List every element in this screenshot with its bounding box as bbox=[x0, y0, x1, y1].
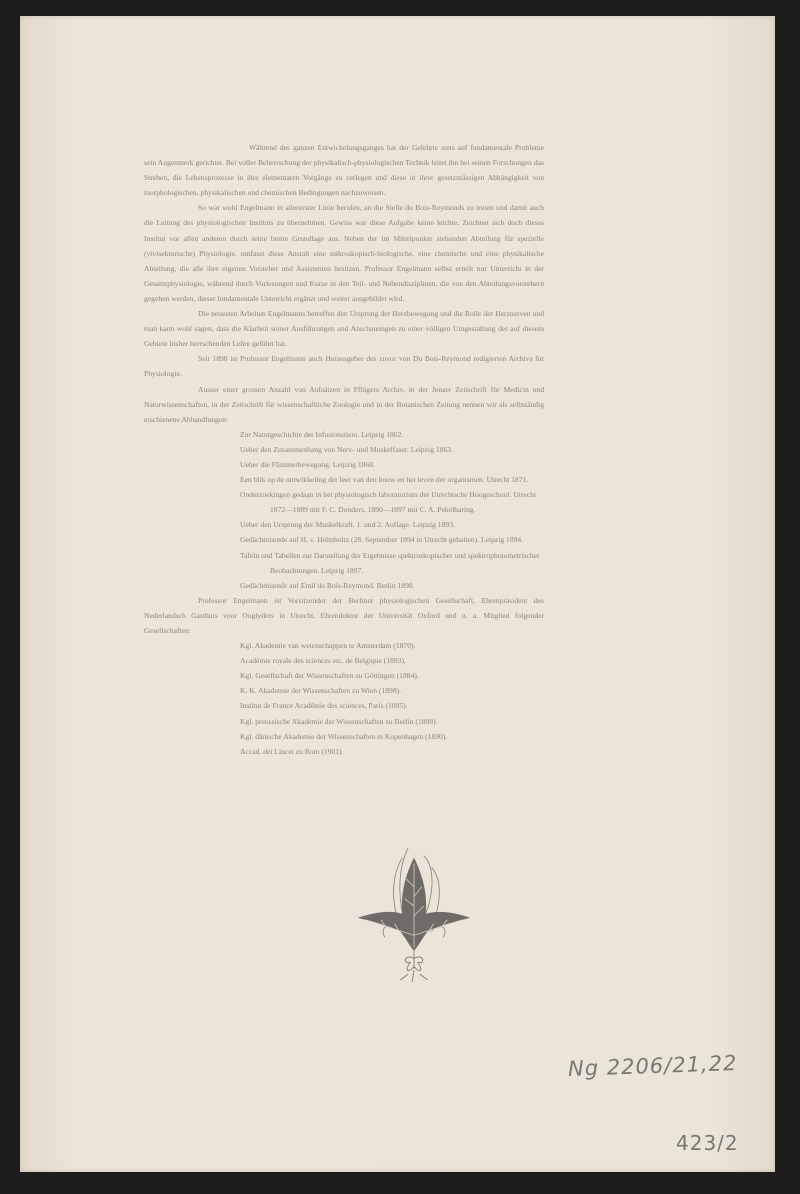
publications-list: Zur Naturgeschichte der Infusionstiere. … bbox=[144, 427, 544, 593]
paragraph-recent-work: Die neuesten Arbeiten Engelmanns betreff… bbox=[144, 306, 544, 351]
society-item: Kgl. dänische Akademie der Wissenschafte… bbox=[240, 729, 544, 744]
publication-item: Gedächtnisrede auf H. v. Helmholtz (28. … bbox=[240, 532, 544, 547]
publication-item: Gedächtnisrede auf Emil du Bois-Reymond.… bbox=[240, 578, 544, 593]
publication-item: Tafeln und Tabellen zur Darstellung der … bbox=[240, 548, 544, 578]
society-item: Kgl. Gesellschaft der Wissenschaften zu … bbox=[240, 668, 544, 683]
publication-item: Ueber den Ursprung der Muskelkraft. 1. u… bbox=[240, 517, 544, 532]
society-item: Accad. dei Lincei zu Rom (1901). bbox=[240, 744, 544, 759]
society-item: Kgl. preussische Akademie der Wissenscha… bbox=[240, 714, 544, 729]
society-item: Académie royale des sciences etc. de Bel… bbox=[240, 653, 544, 668]
publication-item: Zur Naturgeschichte der Infusionstiere. … bbox=[240, 427, 544, 442]
catalog-number-annotation: 423/2 bbox=[676, 1131, 739, 1155]
ivy-leaf-vignette-icon bbox=[346, 838, 482, 984]
publication-item: Een blik op de ontwikkeling der leer van… bbox=[240, 472, 544, 487]
paragraph-development: Während des ganzen Entwickelungsganges h… bbox=[144, 140, 544, 200]
publication-item: Onderzoekingen gedaan in het physiologis… bbox=[240, 487, 544, 517]
publication-item: Ueber die Flimmerbewegung. Leipzig 1868. bbox=[240, 457, 544, 472]
society-item: Kgl. Akademie van wetenschappen te Amste… bbox=[240, 638, 544, 653]
society-item: K. K. Akademie der Wissenschaften zu Wie… bbox=[240, 683, 544, 698]
paragraph-archive: Seit 1898 ist Professor Engelmann auch H… bbox=[144, 351, 544, 381]
paragraph-memberships: Professor Engelmann ist Vorsitzender der… bbox=[144, 593, 544, 638]
document-body: Während des ganzen Entwickelungsganges h… bbox=[144, 140, 544, 759]
publication-item: Ueber den Zusammenhang von Nerv- und Mus… bbox=[240, 442, 544, 457]
paragraph-publications-intro: Ausser einer grossen Anzahl von Aufsätze… bbox=[144, 382, 544, 427]
shelfmark-annotation: Ng 2206/21,22 bbox=[568, 1051, 738, 1081]
document-page: Während des ganzen Entwickelungsganges h… bbox=[20, 16, 775, 1172]
society-item: Institut de France Académie des sciences… bbox=[240, 698, 544, 713]
societies-list: Kgl. Akademie van wetenschappen te Amste… bbox=[144, 638, 544, 759]
paragraph-institute: So war wohl Engelmann in allererster Lin… bbox=[144, 200, 544, 306]
